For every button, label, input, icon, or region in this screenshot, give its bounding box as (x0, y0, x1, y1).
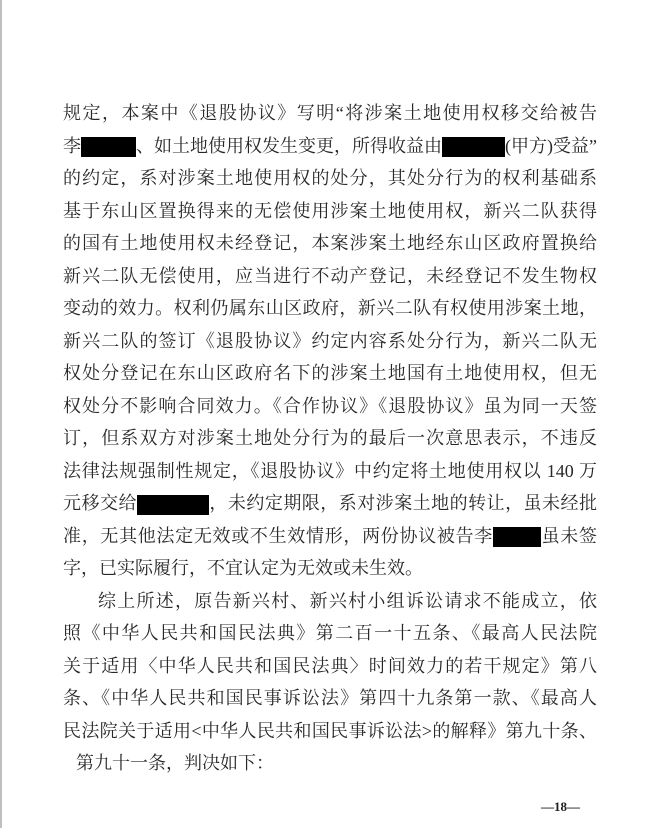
text-run: 权处分登记在东山区政府名下的涉案土地国有土地使用权，但无 (63, 363, 597, 383)
text-line: 字，已实际履行，不宜认定为无效或未生效。 (63, 552, 597, 585)
text-line: 变动的效力。权利仍属东山区政府，新兴二队有权使用涉案土地， (63, 292, 597, 325)
text-line: 条、《中华人民共和国民事诉讼法》第四十九条第一款、《最高人 (63, 682, 597, 715)
text-line: 权处分登记在东山区政府名下的涉案土地国有土地使用权，但无 (63, 357, 597, 390)
text-line: 李、如土地使用权发生变更，所得收益由(甲方)受益” (63, 130, 597, 163)
text-line: 照《中华人民共和国民法典》第二百一十五条、《最高人民法院 (63, 617, 597, 650)
text-line: 基于东山区置换得来的无偿使用涉案土地使用权，新兴二队获得 (63, 195, 597, 228)
redaction-box (442, 137, 505, 157)
text-run: 李 (63, 136, 81, 156)
text-run: 的国有土地使用权未经登记，本案涉案土地经东山区政府置换给 (63, 233, 597, 253)
redaction-box (493, 527, 541, 547)
text-line: 新兴二队无偿使用，应当进行不动产登记，未经登记不发生物权 (63, 260, 597, 293)
text-line: 关于适用〈中华人民共和国民法典〉时间效力的若干规定》第八 (63, 650, 597, 683)
text-line: 的国有土地使用权未经登记，本案涉案土地经东山区政府置换给 (63, 227, 597, 260)
text-run: 准，无其他法定无效或不生效情形，两份协议被告李 (63, 526, 493, 546)
text-run: 虽未签 (541, 526, 597, 546)
text-line: 权处分不影响合同效力。《合作协议》《退股协议》虽为同一天签 (63, 390, 597, 423)
text-run: 订，但系双方对涉案土地处分行为的最后一次意思表示，不违反 (63, 428, 597, 448)
text-run: 权处分不影响合同效力。《合作协议》《退股协议》虽为同一天签 (63, 396, 597, 416)
text-line: 准，无其他法定无效或不生效情形，两份协议被告李虽未签 (63, 520, 597, 553)
document-body: 规定，本案中《退股协议》写明“将涉案土地使用权移交给被告李、如土地使用权发生变更… (63, 97, 597, 780)
text-run: (甲方)受益” (505, 136, 597, 156)
text-run: 民法院关于适用<中华人民共和国民事诉讼法>的解释》第九十条、 (63, 721, 597, 741)
text-run: 关于适用〈中华人民共和国民法典〉时间效力的若干规定》第八 (63, 656, 597, 676)
text-line: 第九十一条，判决如下： (63, 747, 597, 780)
text-run: ，未约定期限，系对涉案土地的转让，虽未经批 (209, 493, 597, 513)
text-line: 新兴二队的签订《退股协议》约定内容系处分行为，新兴二队无 (63, 325, 597, 358)
text-run: 的约定，系对涉案土地使用权的处分，其处分行为的权利基础系 (63, 168, 597, 188)
text-run: 规定，本案中《退股协议》写明“将涉案土地使用权移交给被告 (63, 103, 597, 123)
text-run: 新兴二队的签订《退股协议》约定内容系处分行为，新兴二队无 (63, 331, 597, 351)
text-run: 变动的效力。权利仍属东山区政府，新兴二队有权使用涉案土地， (63, 298, 597, 318)
text-line: 法律法规强制性规定，《退股协议》中约定将土地使用权以 140 万 (63, 455, 597, 488)
text-line: 订，但系双方对涉案土地处分行为的最后一次意思表示，不违反 (63, 422, 597, 455)
text-run: 照《中华人民共和国民法典》第二百一十五条、《最高人民法院 (63, 623, 597, 643)
redaction-box (137, 495, 209, 515)
text-run: 元移交给 (63, 493, 137, 513)
text-line: 规定，本案中《退股协议》写明“将涉案土地使用权移交给被告 (63, 97, 597, 130)
text-line: 元移交给，未约定期限，系对涉案土地的转让，虽未经批 (63, 487, 597, 520)
redaction-box (81, 137, 136, 157)
scan-edge-line (0, 0, 2, 828)
text-line: 民法院关于适用<中华人民共和国民事诉讼法>的解释》第九十条、 (63, 715, 597, 748)
text-run: 综上所述，原告新兴村、新兴村小组诉讼请求不能成立，依 (98, 591, 597, 611)
text-run: 第九十一条，判决如下： (76, 753, 274, 773)
text-run: 字，已实际履行，不宜认定为无效或未生效。 (63, 558, 423, 578)
text-run: 、如土地使用权发生变更，所得收益由 (136, 136, 442, 156)
text-line: 的约定，系对涉案土地使用权的处分，其处分行为的权利基础系 (63, 162, 597, 195)
page-number: —18— (541, 799, 580, 815)
text-run: 条、《中华人民共和国民事诉讼法》第四十九条第一款、《最高人 (63, 688, 597, 708)
text-run: 基于东山区置换得来的无偿使用涉案土地使用权，新兴二队获得 (63, 201, 597, 221)
text-run: 法律法规强制性规定，《退股协议》中约定将土地使用权以 140 万 (63, 461, 597, 481)
text-line: 综上所述，原告新兴村、新兴村小组诉讼请求不能成立，依 (63, 585, 597, 618)
text-run: 新兴二队无偿使用，应当进行不动产登记，未经登记不发生物权 (63, 266, 597, 286)
